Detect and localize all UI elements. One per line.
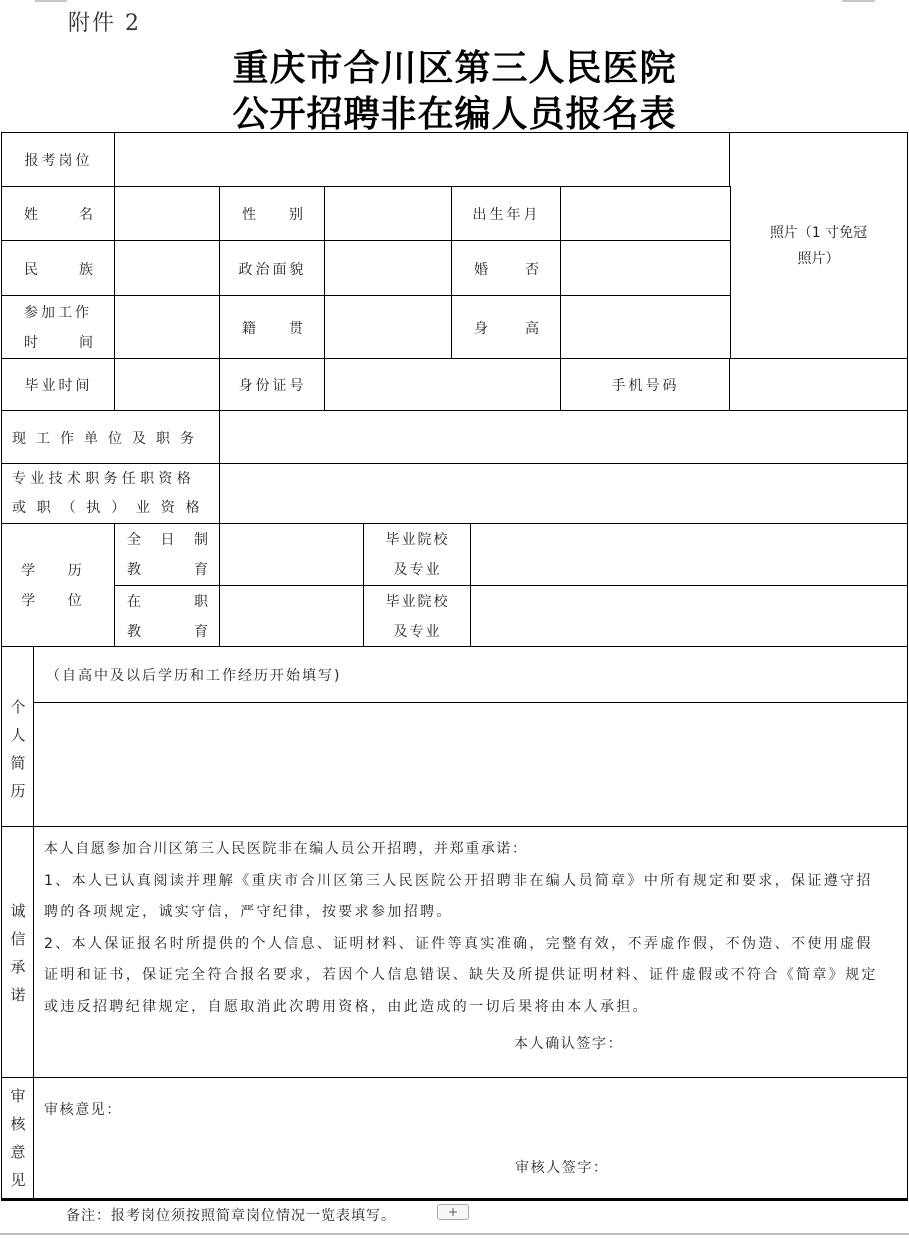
pledge-intro: 本人自愿参加合川区第三人民医院非在编人员公开招聘，并郑重承诺： [44,834,904,866]
label-char: 身 [474,318,488,338]
resume-hint-text: （自高中及以后学历和工作经历开始填写) [46,665,341,685]
label-education: 学 历 学 位 [1,523,116,648]
label-char: 职 [194,587,208,617]
label-char: 历 [10,777,25,805]
id-number-field[interactable] [324,358,562,412]
page-title-line1: 重庆市合川区第三人民医院 [0,40,909,91]
label-char: 性 [242,204,256,224]
label-char: 诺 [10,981,25,1009]
ethnicity-input[interactable] [115,241,220,296]
label-char: 教 [127,617,141,647]
reviewer-signature-label: 审核人签字： [515,1153,609,1185]
page-corner-mark-right [842,0,875,2]
label-political-status: 政治面貌 [219,240,326,297]
height-field[interactable] [560,295,731,360]
marital-input[interactable] [561,241,730,296]
label-review: 审 核 意 见 [1,1077,35,1201]
inservice-education-input[interactable] [220,586,364,647]
label-text: 专业技术职务任职资格 [12,465,195,494]
label-char: 核 [10,1110,25,1138]
photo-label-line2: 照片） [798,246,840,272]
label-text: 参加工作 [24,298,92,328]
qualification-field[interactable] [219,463,908,525]
current-employer-field[interactable] [219,410,908,465]
label-char: 名 [79,204,93,224]
label-inservice-school: 毕业院校 及专业 [363,585,472,648]
label-char: 高 [525,318,539,338]
native-place-input[interactable] [325,296,452,359]
photo-label-line1: 照片（1 寸免冠 [770,220,867,246]
marital-field[interactable] [560,240,731,297]
label-text: 现工作单位及职务 [12,428,204,448]
pledge-item2-line2: 证明和证书，保证完全符合报名要求，若因个人信息错误、缺失及所提供证明材料、证件虚… [44,960,904,992]
birth-input[interactable] [561,187,730,241]
label-char: 婚 [474,259,488,279]
add-button[interactable]: + [437,1204,469,1220]
label-current-employer: 现工作单位及职务 [1,410,221,465]
label-fulltime-education: 全日制 教育 [114,523,221,587]
pledge-item2-line1: 2、本人保证报名时所提供的个人信息、证明材料、证件等真实准确，完整有效，不弄虚作… [44,929,904,961]
label-text: 及专业 [394,555,442,585]
label-char: 制 [194,525,208,555]
label-char: 姓 [24,204,38,224]
id-number-input[interactable] [325,359,561,411]
label-native-place: 籍贯 [219,295,326,360]
fulltime-school-input[interactable] [471,524,907,586]
gender-input[interactable] [325,187,452,241]
label-char: 审 [10,1082,25,1110]
position-applied-field[interactable] [114,132,731,188]
label-char: 在 [127,587,141,617]
label-char: 别 [289,204,303,224]
label-char: 简 [10,749,25,777]
native-place-field[interactable] [324,295,453,360]
inservice-school-input[interactable] [471,586,907,647]
pledge-signature-label: 本人确认签字： [514,1029,623,1061]
label-work-start: 参加工作 时间 [1,295,116,360]
label-text: 及专业 [394,617,442,647]
label-char: 意 [10,1138,25,1166]
resume-field[interactable] [33,702,908,828]
label-ethnicity: 民族 [1,240,116,297]
graduation-time-field[interactable] [114,358,221,412]
label-graduation-time: 毕业时间 [1,358,116,412]
label-qualification: 专业技术职务任职资格 或职（执）业资格 [1,463,221,525]
graduation-time-input[interactable] [115,359,220,411]
footer-note: 备注：报考岗位须按照简章岗位情况一览表填写。 [66,1205,396,1225]
label-char: 信 [10,925,25,953]
label-text: 学 位 [21,586,95,616]
label-char: 诚 [10,897,25,925]
name-field[interactable] [114,186,221,242]
ethnicity-field[interactable] [114,240,221,297]
birth-field[interactable] [560,186,731,242]
label-resume: 个 人 简 历 [1,646,35,828]
resume-hint-row: （自高中及以后学历和工作经历开始填写) [33,646,908,704]
work-start-input[interactable] [115,296,220,359]
label-char: 个 [10,693,25,721]
inservice-education-field[interactable] [219,585,365,648]
political-status-field[interactable] [324,240,453,297]
review-opinion-label: 审核意见： [44,1095,122,1127]
pledge-text: 本人自愿参加合川区第三人民医院非在编人员公开招聘，并郑重承诺： 1、本人已认真阅… [44,834,904,1023]
label-pledge: 诚 信 承 诺 [1,826,35,1079]
current-employer-input[interactable] [220,411,907,464]
photo-box[interactable]: 照片（1 寸免冠 照片） [729,132,908,360]
label-mobile: 手机号码 [560,358,731,412]
label-char: 全 [127,525,141,555]
fulltime-education-input[interactable] [220,524,364,586]
label-text: 政治面貌 [239,259,307,279]
label-char: 承 [10,953,25,981]
label-char: 人 [10,721,25,749]
pledge-item1-line2: 聘的各项规定，诚实守信，严守纪律，按要求参加招聘。 [44,897,904,929]
label-gender: 性别 [219,186,326,242]
pledge-item1-line1: 1、本人已认真阅读并理解《重庆市合川区第三人民医院公开招聘非在编人员简章》中所有… [44,866,904,898]
label-position-applied: 报考岗位 [1,132,116,188]
label-char: 民 [24,259,38,279]
height-input[interactable] [561,296,730,359]
page-corner-mark-left [35,0,67,2]
label-text: 手机号码 [612,375,680,395]
label-text: 身份证号 [239,375,307,395]
label-char: 否 [525,259,539,279]
label-fulltime-school: 毕业院校 及专业 [363,523,472,587]
label-text: 毕业院校 [386,525,450,555]
label-text: 报考岗位 [25,150,93,170]
qualification-input[interactable] [220,464,907,524]
label-text: 出生年月 [473,204,541,224]
page-title-line2: 公开招聘非在编人员报名表 [0,86,909,137]
fulltime-school-field[interactable] [470,523,908,587]
label-char: 日 [161,525,175,555]
fulltime-education-field[interactable] [219,523,365,587]
gender-field[interactable] [324,186,453,242]
label-name: 姓名 [1,186,116,242]
label-id-number: 身份证号 [219,358,326,412]
label-text: 毕业时间 [25,375,93,395]
name-input[interactable] [115,187,220,241]
label-height: 身高 [451,295,562,360]
inservice-school-field[interactable] [470,585,908,648]
review-box[interactable] [33,1077,908,1201]
mobile-input[interactable] [730,359,907,411]
political-status-input[interactable] [325,241,452,296]
resume-textarea[interactable] [34,703,907,827]
label-char: 教 [127,555,141,585]
label-marital: 婚否 [451,240,562,297]
label-char: 见 [10,1166,25,1194]
label-char: 族 [79,259,93,279]
label-inservice-education: 在职 教育 [114,585,221,648]
label-text: 或职（执）业资格 [12,494,210,523]
label-birth: 出生年月 [451,186,562,242]
label-text: 学 历 [21,556,95,586]
label-char: 贯 [289,318,303,338]
label-char: 育 [194,555,208,585]
label-char: 时 [24,328,38,358]
pledge-item2-line3: 或违反招聘纪律规定，自愿取消此次聘用资格，由此造成的一切后果将由本人承担。 [44,992,904,1024]
label-char: 间 [79,328,93,358]
label-char: 育 [194,617,208,647]
mobile-field[interactable] [729,358,908,412]
page-bottom-divider [0,1233,909,1235]
attachment-label: 附件 2 [68,6,141,37]
work-start-field[interactable] [114,295,221,360]
position-applied-input[interactable] [115,133,730,187]
label-text: 毕业院校 [386,587,450,617]
label-char: 籍 [242,318,256,338]
